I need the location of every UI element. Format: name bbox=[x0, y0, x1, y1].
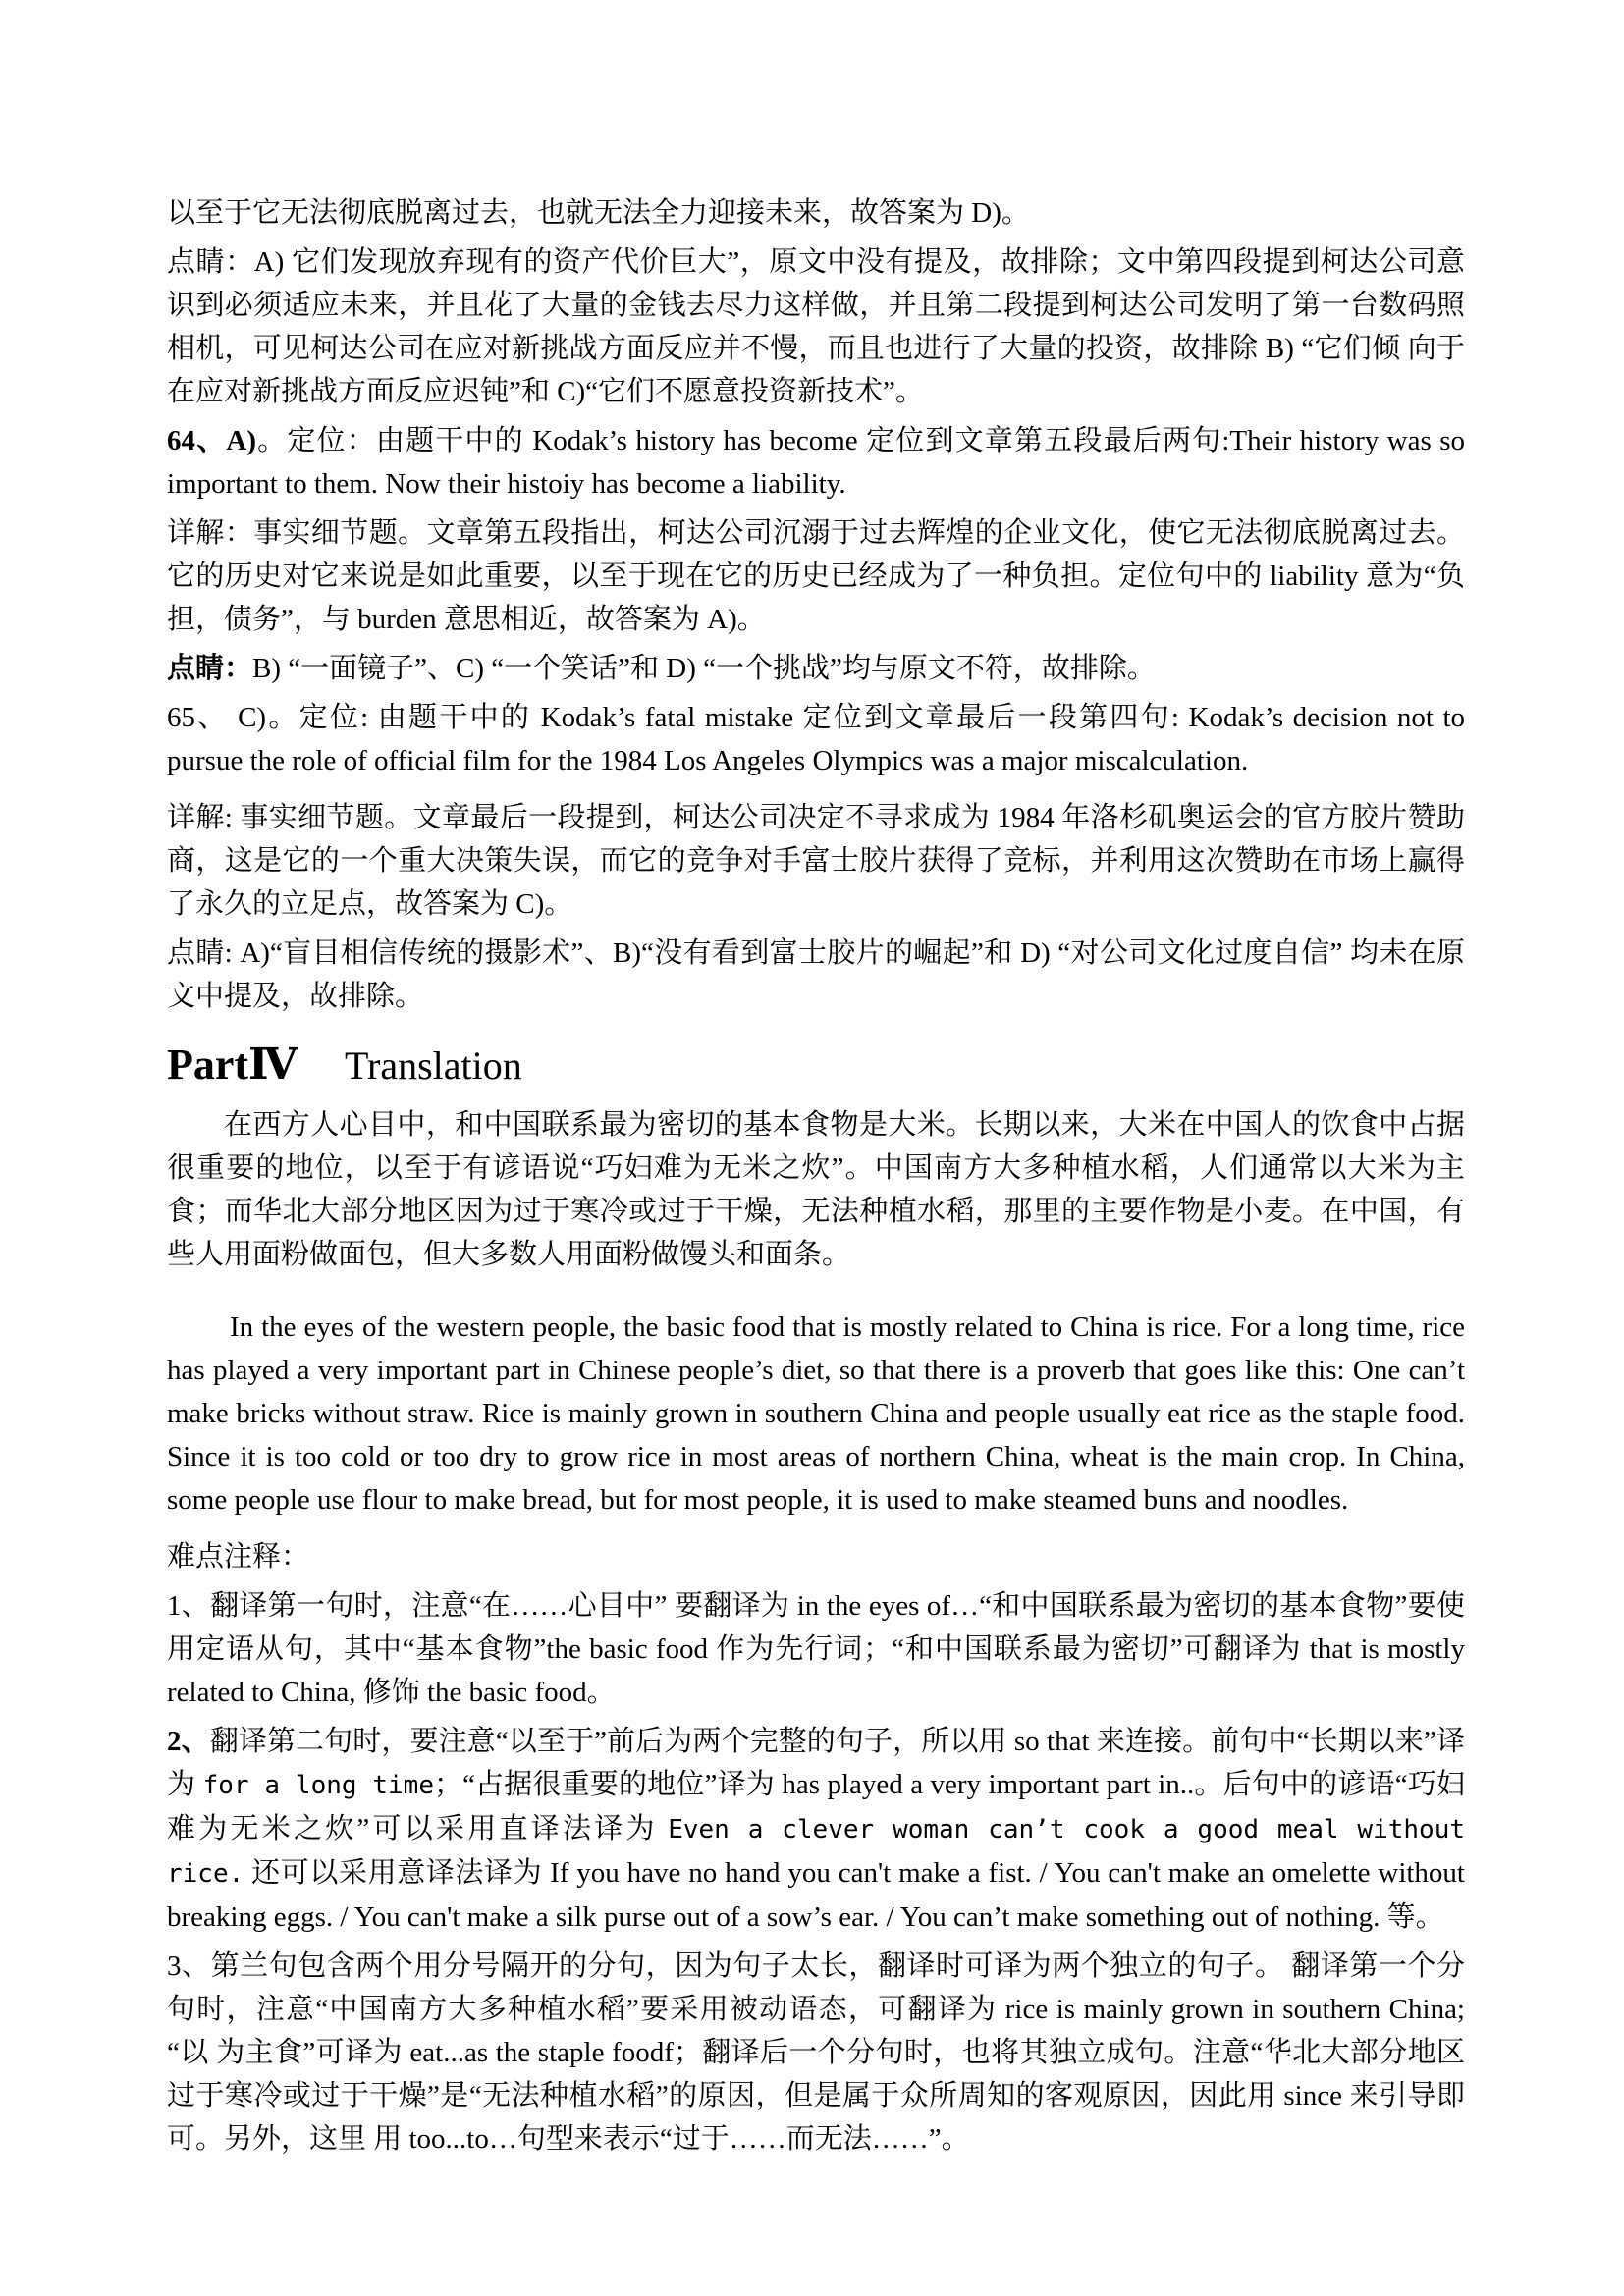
q65-tip: 点睛: A)“盲目相信传统的摄影术”、B)“没有看到富士胶片的崛起”和 D) “… bbox=[167, 932, 1465, 1018]
q64-tip-body: B) “一面镜子”、C) “一个笑话”和 D) “一个挑战”均与原文不符，故排除… bbox=[252, 653, 1156, 684]
translation-answer-en: In the eyes of the western people, the b… bbox=[167, 1306, 1465, 1522]
q64-detail: 详解：事实细节题。文章第五段指出，柯达公司沉溺于过去辉煌的企业文化，使它无法彻底… bbox=[167, 511, 1465, 641]
carryover-text: 以至于它无法彻底脱离过去，也就无法全力迎接未来，故答案为 D)。 bbox=[167, 191, 1465, 235]
q65-detail: 详解: 事实细节题。文章最后一段提到，柯达公司决定不寻求成为 1984 年洛杉矶… bbox=[167, 796, 1465, 926]
note-3: 3、第兰句包含两个用分号隔开的分句，因为句子太长，翻译时可译为两个独立的句子。 … bbox=[167, 1945, 1465, 2161]
note-1: 1、翻译第一句时，注意“在……心目中” 要翻译为 in the eyes of…… bbox=[167, 1584, 1465, 1714]
note-2-text-c: 还可以采用意译法译为 If you have no hand you can't… bbox=[167, 1857, 1465, 1933]
note-2: 2、翻译第二句时，要注意“以至于”前后为两个完整的句子，所以用 so that … bbox=[167, 1720, 1465, 1939]
q64-number: 64、A) bbox=[167, 425, 256, 456]
q64-answer: 64、A)。定位：由题干中的 Kodak’s history has becom… bbox=[167, 419, 1465, 506]
q65-answer: 65、 C)。定位: 由题干中的 Kodak’s fatal mistake 定… bbox=[167, 696, 1465, 782]
q64-tip: 点睛：B) “一面镜子”、C) “一个笑话”和 D) “一个挑战”均与原文不符，… bbox=[167, 647, 1465, 690]
document-page: 以至于它无法彻底脱离过去，也就无法全力迎接未来，故答案为 D)。 点睛：A) 它… bbox=[0, 0, 1624, 2296]
q64-locate-text: 。定位：由题干中的 Kodak’s history has become 定位到… bbox=[167, 425, 1465, 500]
q63-tip: 点睛：A) 它们发现放弃现有的资产代价巨大”，原文中没有提及，故排除；文中第四段… bbox=[167, 240, 1465, 413]
notes-title: 难点注释： bbox=[167, 1535, 1465, 1578]
note-2-number: 2、 bbox=[167, 1726, 210, 1757]
part4-title: Translation bbox=[345, 1043, 522, 1088]
translation-source-cn: 在西方人心目中，和中国联系最为密切的基本食物是大米。长期以来，大米在中国人的饮食… bbox=[167, 1103, 1465, 1276]
q64-tip-label: 点睛： bbox=[167, 653, 252, 684]
part4-heading: PartⅣTranslation bbox=[167, 1040, 1465, 1095]
part4-label: PartⅣ bbox=[167, 1041, 298, 1089]
note-2-mono-1: for a long time bbox=[203, 1771, 434, 1800]
